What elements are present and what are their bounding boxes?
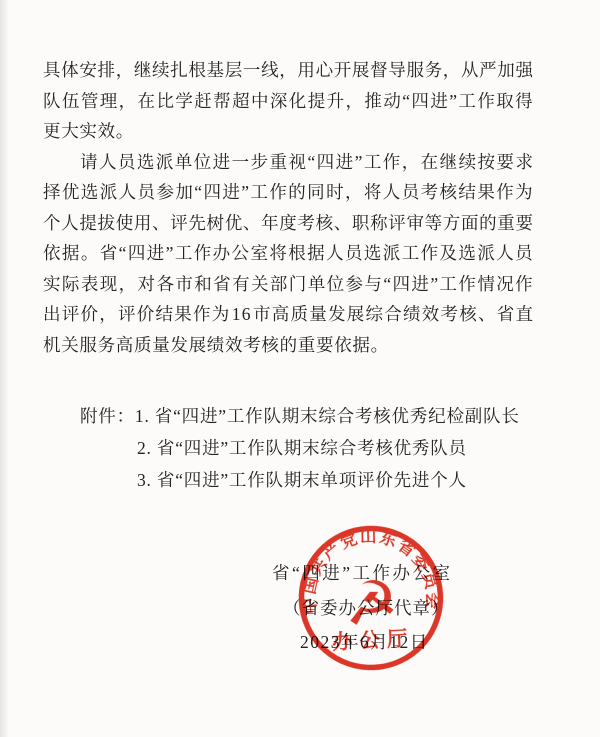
signature-note: （省委办公厅代章） xyxy=(283,590,600,626)
signature-date: 2023年6月12日 xyxy=(300,626,600,659)
signature-block: 省“四进”工作办公室 （省委办公厅代章） 2023年6月12日 xyxy=(0,557,600,659)
attachment-item: 2. 省“四进”工作队期末综合考核优秀队员 xyxy=(137,432,520,464)
attachment-item: 附件：1. 省“四进”工作队期末综合考核优秀纪检副队长 xyxy=(80,400,520,432)
attachments-label: 附件： xyxy=(80,406,135,426)
text-line: 机关服务高质量发展绩效考核的重要依据。 xyxy=(43,330,533,361)
signature-org: 省“四进”工作办公室 xyxy=(272,557,600,590)
text-line: 出评价，评价结果作为 16 市高质量发展综合绩效考核、省直 xyxy=(43,299,533,330)
text-line: 请人员选派单位进一步重视“四进”工作，在继续按要求 xyxy=(43,147,533,178)
text-line: 具体安排，继续扎根基层一线，用心开展督导服务，从严加强 xyxy=(43,55,533,86)
attachment-item: 3. 省“四进”工作队期末单项评价先进个人 xyxy=(137,464,520,496)
attachment-list: 附件：1. 省“四进”工作队期末综合考核优秀纪检副队长2. 省“四进”工作队期末… xyxy=(43,400,520,496)
text-line: 个人提拔使用、评先树优、年度考核、职称评审等方面的重要 xyxy=(43,208,533,239)
document-page: 具体安排，继续扎根基层一线，用心开展督导服务，从严加强队伍管理，在比学赶帮超中深… xyxy=(0,0,600,737)
text-line: 依据。省“四进”工作办公室将根据人员选派工作及选派人员 xyxy=(43,238,533,269)
body-paragraphs: 具体安排，继续扎根基层一线，用心开展督导服务，从严加强队伍管理，在比学赶帮超中深… xyxy=(43,55,533,360)
text-line: 更大实效。 xyxy=(43,116,533,147)
text-line: 实际表现，对各市和省有关部门单位参与“四进”工作情况作 xyxy=(43,269,533,300)
text-line: 队伍管理，在比学赶帮超中深化提升，推动“四进”工作取得 xyxy=(43,86,533,117)
text-line: 择优选派人员参加“四进”工作的同时，将人员考核结果作为 xyxy=(43,177,533,208)
